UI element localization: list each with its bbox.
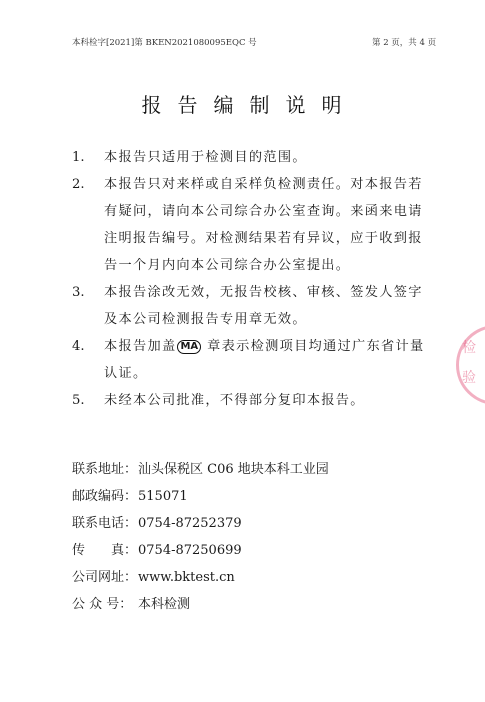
postcode-value: 515071 [138,483,188,510]
fax-label: 传 真： [72,537,138,564]
item-text: 本报告只对来样或自采样负检测责任。对本报告若有疑问，请向本公司综合办公室查询。来… [104,171,432,279]
item-text: 本报告涂改无效，无报告校核、审核、签发人签字及本公司检测报告专用章无效。 [104,279,432,333]
list-item: 1. 本报告只适用于检测目的范围。 [72,144,432,171]
list-item: 3. 本报告涂改无效，无报告校核、审核、签发人签字及本公司检测报告专用章无效。 [72,279,432,333]
website-value: www.bktest.cn [138,564,235,591]
document-page: 本科检字[2021]第 BKEN2021080095EQC 号 第 2 页，共 … [0,0,485,702]
fax-value: 0754-87250699 [138,537,242,564]
item-text: 未经本公司批准，不得部分复印本报告。 [104,387,432,414]
postcode-label: 邮政编码： [72,483,138,510]
item-number: 4. [72,333,104,387]
phone-value: 0754-87252379 [138,510,242,537]
item-number: 5. [72,387,104,414]
stamp-text: 检 验 [462,333,485,393]
wechat-value: 本科检测 [138,591,190,618]
report-number: 本科检字[2021]第 BKEN2021080095EQC 号 [72,36,257,48]
page-title: 报告编制说明 [0,89,485,118]
item-number: 2. [72,171,104,279]
address-value: 汕头保税区 C06 地块本科工业园 [138,456,329,483]
contact-website: 公司网址： www.bktest.cn [72,564,329,591]
contact-fax: 传 真： 0754-87250699 [72,537,329,564]
list-item: 5. 未经本公司批准，不得部分复印本报告。 [72,387,432,414]
page-indicator: 第 2 页，共 4 页 [372,36,436,48]
list-item: 4. 本报告加盖MA章表示检测项目均通过广东省计量认证。 [72,333,432,387]
contact-postcode: 邮政编码： 515071 [72,483,329,510]
phone-label: 联系电话： [72,510,138,537]
address-label: 联系地址： [72,456,138,483]
wechat-label: 公 众 号： [72,591,138,618]
contact-phone: 联系电话： 0754-87252379 [72,510,329,537]
contact-address: 联系地址： 汕头保税区 C06 地块本科工业园 [72,456,329,483]
item-text-before: 本报告加盖 [104,339,176,354]
list-item: 2. 本报告只对来样或自采样负检测责任。对本报告若有疑问，请向本公司综合办公室查… [72,171,432,279]
notes-list: 1. 本报告只适用于检测目的范围。 2. 本报告只对来样或自采样负检测责任。对本… [72,144,432,414]
item-text: 本报告加盖MA章表示检测项目均通过广东省计量认证。 [104,333,432,387]
item-number: 3. [72,279,104,333]
website-label: 公司网址： [72,564,138,591]
item-number: 1. [72,144,104,171]
contact-info: 联系地址： 汕头保税区 C06 地块本科工业园 邮政编码： 515071 联系电… [72,456,329,618]
item-text: 本报告只适用于检测目的范围。 [104,144,432,171]
contact-wechat: 公 众 号： 本科检测 [72,591,329,618]
cma-badge-icon: MA [177,340,201,354]
